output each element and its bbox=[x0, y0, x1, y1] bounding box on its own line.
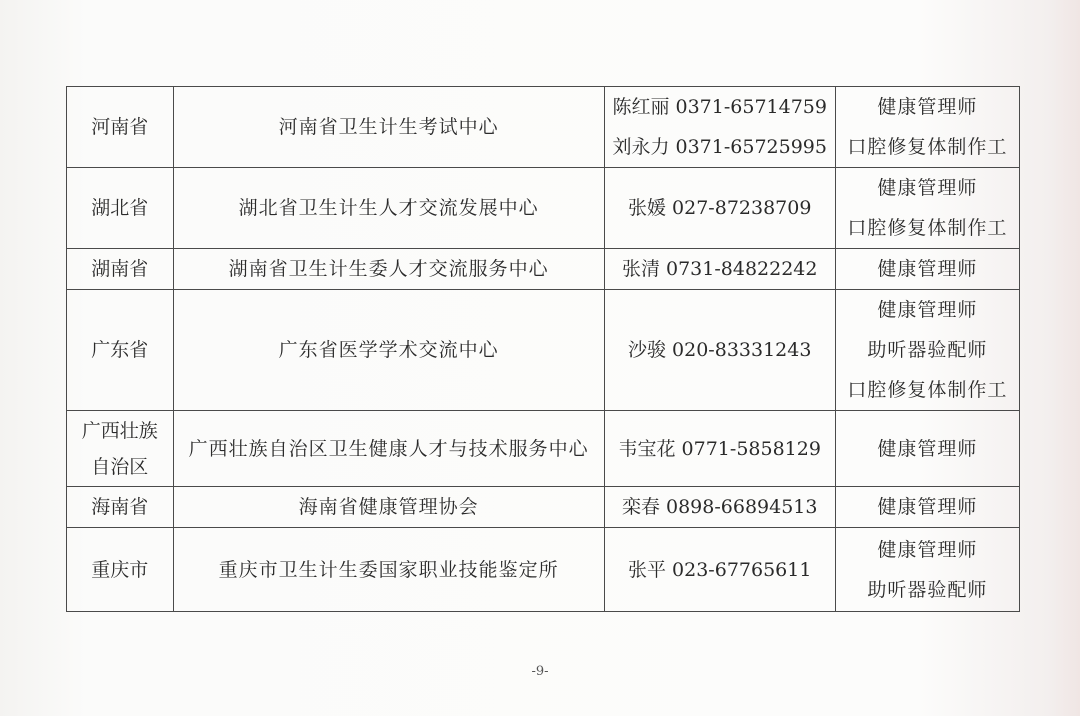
occupation-cell-line: 健康管理师 bbox=[840, 168, 1015, 208]
contact-cell: 栾春 0898-66894513 bbox=[604, 487, 835, 528]
table-row: 广西壮族自治区广西壮族自治区卫生健康人才与技术服务中心韦宝花 0771-5858… bbox=[67, 411, 1020, 487]
contact-cell: 张媛 027-87238709 bbox=[604, 168, 835, 249]
contact-cell-line: 栾春 0898-66894513 bbox=[609, 487, 831, 527]
occupation-cell: 健康管理师 bbox=[835, 411, 1019, 487]
table-row: 湖南省湖南省卫生计生委人才交流服务中心张清 0731-84822242健康管理师 bbox=[67, 249, 1020, 290]
province-cell: 河南省 bbox=[67, 87, 174, 168]
organization-cell: 河南省卫生计生考试中心 bbox=[173, 87, 604, 168]
table-row: 河南省河南省卫生计生考试中心陈红丽 0371-65714759刘永力 0371-… bbox=[67, 87, 1020, 168]
province-cell: 湖北省 bbox=[67, 168, 174, 249]
province-cell-line: 河南省 bbox=[71, 107, 169, 147]
occupation-cell-line: 口腔修复体制作工 bbox=[840, 370, 1015, 410]
province-cell: 湖南省 bbox=[67, 249, 174, 290]
province-cell-line: 海南省 bbox=[71, 487, 169, 527]
occupation-cell-line: 健康管理师 bbox=[840, 429, 1015, 469]
contact-cell: 韦宝花 0771-5858129 bbox=[604, 411, 835, 487]
contact-cell-line: 刘永力 0371-65725995 bbox=[609, 127, 831, 167]
province-cell: 广东省 bbox=[67, 290, 174, 411]
contact-cell-line: 陈红丽 0371-65714759 bbox=[609, 87, 831, 127]
organization-cell: 广西壮族自治区卫生健康人才与技术服务中心 bbox=[173, 411, 604, 487]
table-row: 广东省广东省医学学术交流中心沙骏 020-83331243健康管理师助听器验配师… bbox=[67, 290, 1020, 411]
occupation-cell: 健康管理师助听器验配师 bbox=[835, 528, 1019, 612]
occupation-cell-line: 健康管理师 bbox=[840, 530, 1015, 570]
contact-cell-line: 张平 023-67765611 bbox=[609, 550, 831, 590]
province-cell-line: 广东省 bbox=[71, 330, 169, 370]
contact-cell-line: 韦宝花 0771-5858129 bbox=[609, 429, 831, 469]
organization-cell: 广东省医学学术交流中心 bbox=[173, 290, 604, 411]
contact-cell: 张平 023-67765611 bbox=[604, 528, 835, 612]
occupation-cell: 健康管理师口腔修复体制作工 bbox=[835, 87, 1019, 168]
page-number: -9- bbox=[0, 664, 1080, 679]
occupation-cell-line: 助听器验配师 bbox=[840, 570, 1015, 610]
contact-cell: 张清 0731-84822242 bbox=[604, 249, 835, 290]
province-cell-line: 湖南省 bbox=[71, 249, 169, 289]
contact-cell: 沙骏 020-83331243 bbox=[604, 290, 835, 411]
province-cell-line: 广西壮族 bbox=[71, 413, 169, 449]
province-cell: 海南省 bbox=[67, 487, 174, 528]
table-row: 重庆市重庆市卫生计生委国家职业技能鉴定所张平 023-67765611健康管理师… bbox=[67, 528, 1020, 612]
province-cell: 重庆市 bbox=[67, 528, 174, 612]
occupation-cell-line: 助听器验配师 bbox=[840, 330, 1015, 370]
contacts-table: 河南省河南省卫生计生考试中心陈红丽 0371-65714759刘永力 0371-… bbox=[66, 86, 1020, 612]
organization-cell: 重庆市卫生计生委国家职业技能鉴定所 bbox=[173, 528, 604, 612]
organization-cell: 湖南省卫生计生委人才交流服务中心 bbox=[173, 249, 604, 290]
occupation-cell: 健康管理师口腔修复体制作工 bbox=[835, 168, 1019, 249]
occupation-cell-line: 健康管理师 bbox=[840, 249, 1015, 289]
table-row: 湖北省湖北省卫生计生人才交流发展中心张媛 027-87238709健康管理师口腔… bbox=[67, 168, 1020, 249]
province-cell: 广西壮族自治区 bbox=[67, 411, 174, 487]
occupation-cell-line: 口腔修复体制作工 bbox=[840, 127, 1015, 167]
province-cell-line: 重庆市 bbox=[71, 550, 169, 590]
organization-cell: 海南省健康管理协会 bbox=[173, 487, 604, 528]
occupation-cell-line: 口腔修复体制作工 bbox=[840, 208, 1015, 248]
contact-cell-line: 张媛 027-87238709 bbox=[609, 188, 831, 228]
province-cell-line: 湖北省 bbox=[71, 188, 169, 228]
contact-cell: 陈红丽 0371-65714759刘永力 0371-65725995 bbox=[604, 87, 835, 168]
contact-cell-line: 沙骏 020-83331243 bbox=[609, 330, 831, 370]
occupation-cell-line: 健康管理师 bbox=[840, 487, 1015, 527]
occupation-cell: 健康管理师 bbox=[835, 487, 1019, 528]
document-page: 河南省河南省卫生计生考试中心陈红丽 0371-65714759刘永力 0371-… bbox=[0, 0, 1080, 716]
occupation-cell: 健康管理师助听器验配师口腔修复体制作工 bbox=[835, 290, 1019, 411]
province-cell-line: 自治区 bbox=[71, 449, 169, 485]
occupation-cell-line: 健康管理师 bbox=[840, 87, 1015, 127]
table-row: 海南省海南省健康管理协会栾春 0898-66894513健康管理师 bbox=[67, 487, 1020, 528]
occupation-cell-line: 健康管理师 bbox=[840, 290, 1015, 330]
organization-cell: 湖北省卫生计生人才交流发展中心 bbox=[173, 168, 604, 249]
contact-cell-line: 张清 0731-84822242 bbox=[609, 249, 831, 289]
occupation-cell: 健康管理师 bbox=[835, 249, 1019, 290]
